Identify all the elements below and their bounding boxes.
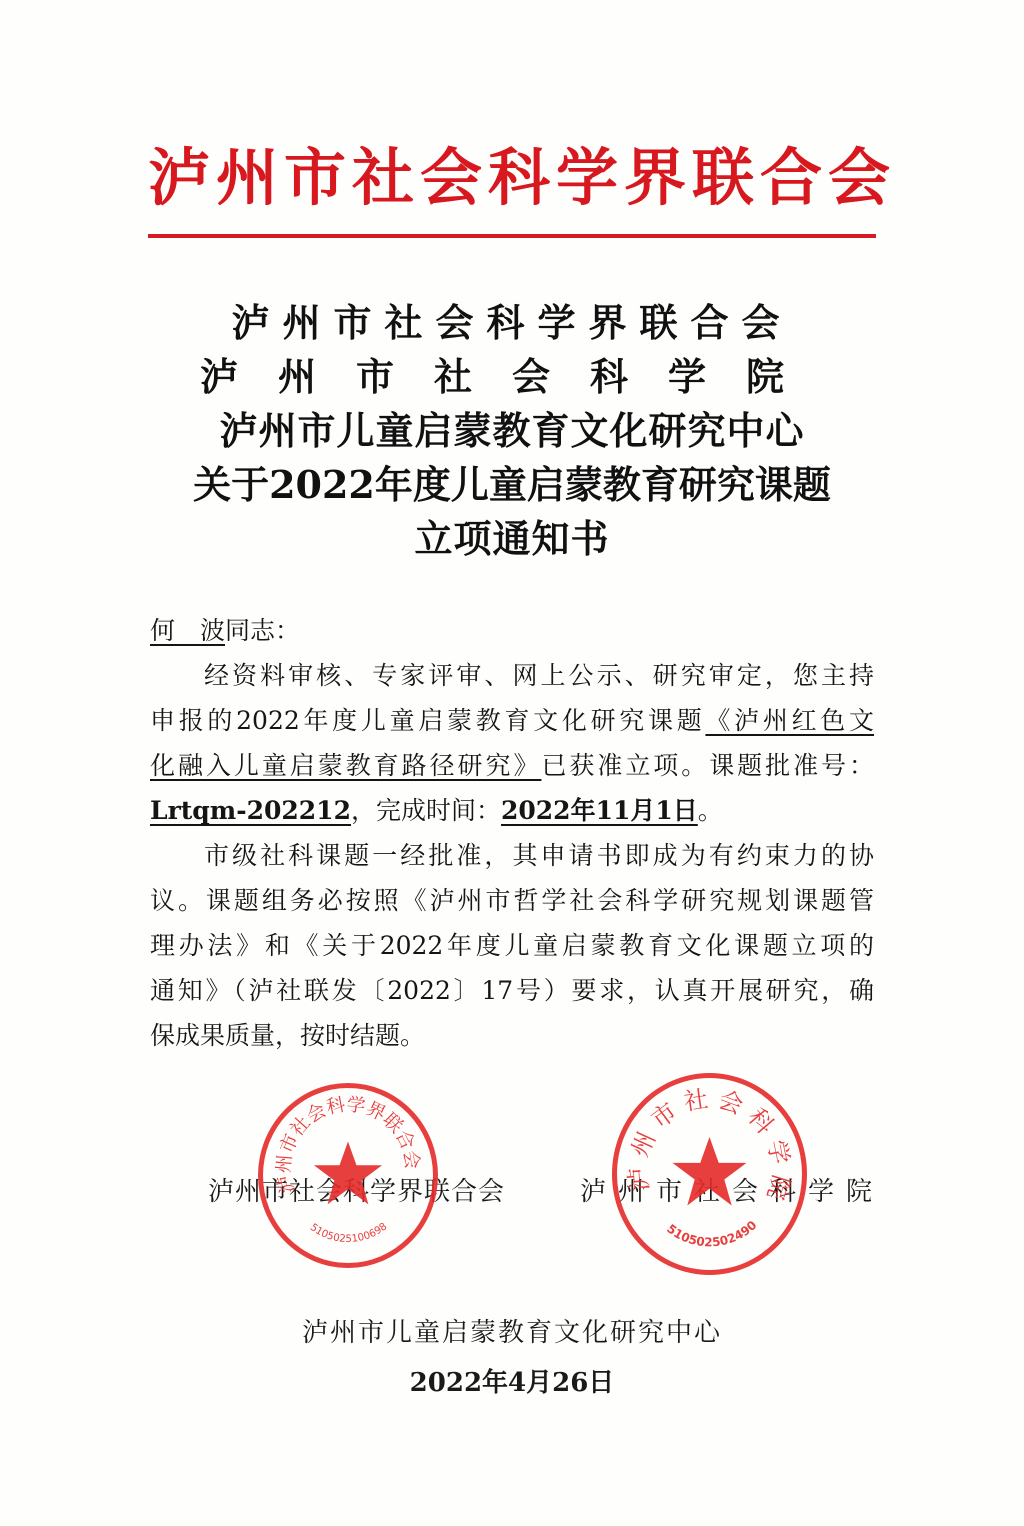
signature-right-org: 泸州市社会科学院: [580, 1172, 884, 1212]
svg-text:5105025024906: 5105025024906: [617, 1078, 760, 1249]
document-title: 泸州市社会科学界联合会 泸州市社会科学院 泸州市儿童启蒙教育文化研究中心 关于2…: [150, 296, 874, 566]
paragraph-1-line-1: 经资料审核、专家评审、网上公示、研究审定，您主持: [150, 653, 874, 698]
paragraph-2-line-3: 理办法》和《关于2022年度儿童启蒙教育文化课题立项的: [150, 923, 874, 968]
title-line-1: 泸州市社会科学界联合会: [150, 296, 874, 350]
project-title-part1: 《泸州红色文: [705, 706, 874, 735]
paragraph-2-line-2: 议。课题组务必按照《泸州市哲学社会科学研究规划课题管: [150, 878, 874, 923]
issue-date: 2022年4月26日: [0, 1362, 1024, 1399]
title-line-5: 立项通知书: [150, 512, 874, 566]
notice-body: 何 波同志： 经资料审核、专家评审、网上公示、研究审定，您主持 申报的2022年…: [150, 608, 874, 1058]
seal-right-code: 5105025024906: [617, 1078, 760, 1249]
completion-label: ，完成时间：: [351, 796, 501, 825]
svg-text:5105025100698: 5105025100698: [308, 1221, 390, 1245]
approval-label: 已获准立项。课题批准号：: [541, 751, 874, 780]
title-line-3: 泸州市儿童启蒙教育文化研究中心: [150, 404, 874, 458]
seal-left-code: 5105025100698: [308, 1221, 390, 1245]
document-page: 泸州市社会科学界联合会 泸州市社会科学界联合会 泸州市社会科学院 泸州市儿童启蒙…: [0, 0, 1024, 1526]
paragraph-2-line-1: 市级社科课题一经批准，其申请书即成为有约束力的协: [150, 833, 874, 878]
letterhead-divider: [148, 234, 876, 238]
period: 。: [698, 796, 723, 825]
paragraph-1-line-4: Lrtqm-202212，完成时间：2022年11月1日。: [150, 788, 874, 833]
paragraph-1-line-2: 申报的2022年度儿童启蒙教育文化研究课题《泸州红色文: [150, 698, 874, 743]
letterhead-title: 泸州市社会科学界联合会: [148, 138, 878, 218]
title-line-2: 泸州市社会科学院: [150, 350, 874, 404]
salutation-suffix: 同志：: [225, 616, 300, 645]
paragraph-2-line-4: 通知》（泸社联发〔2022〕17号）要求，认真开展研究，确: [150, 968, 874, 1013]
salutation: 何 波同志：: [150, 608, 874, 653]
project-title-part2: 化融入儿童启蒙教育路径研究》: [150, 751, 541, 780]
title-line-4: 关于2022年度儿童启蒙教育研究课题: [150, 458, 874, 512]
approval-number: Lrtqm-202212: [150, 796, 351, 825]
issuing-center: 泸州市儿童启蒙教育文化研究中心: [0, 1312, 1024, 1349]
completion-date: 2022年11月1日: [501, 796, 698, 825]
recipient-name: 何 波: [150, 616, 225, 645]
paragraph-2-line-5: 保成果质量，按时结题。: [150, 1013, 874, 1058]
paragraph-1-line-3: 化融入儿童启蒙教育路径研究》已获准立项。课题批准号：: [150, 743, 874, 788]
paragraph-1-text: 申报的2022年度儿童启蒙教育文化研究课题: [150, 706, 705, 735]
signature-left-org: 泸州市社会科学界联合会: [208, 1172, 505, 1212]
